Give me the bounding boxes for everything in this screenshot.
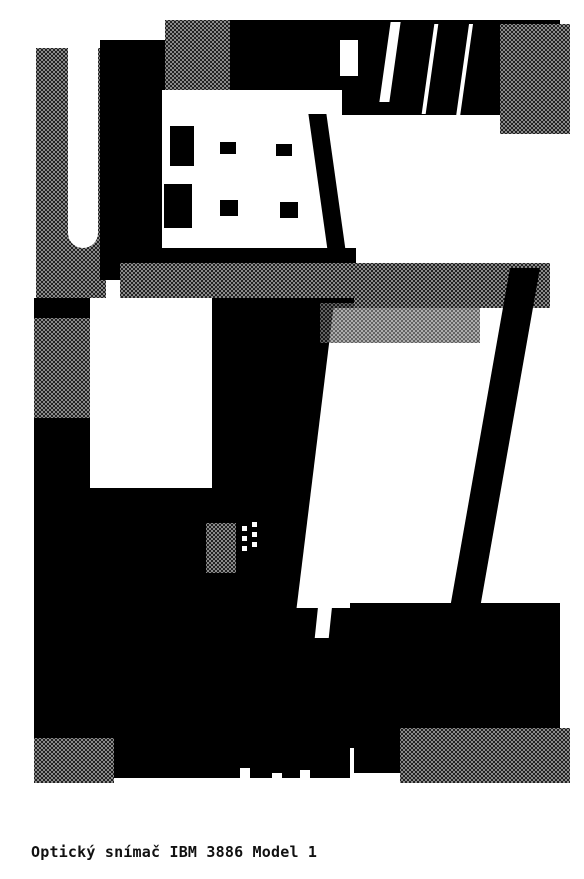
figure-caption: Optický snímač IBM 3886 Model 1: [31, 843, 317, 861]
figure-photo: [30, 18, 582, 786]
